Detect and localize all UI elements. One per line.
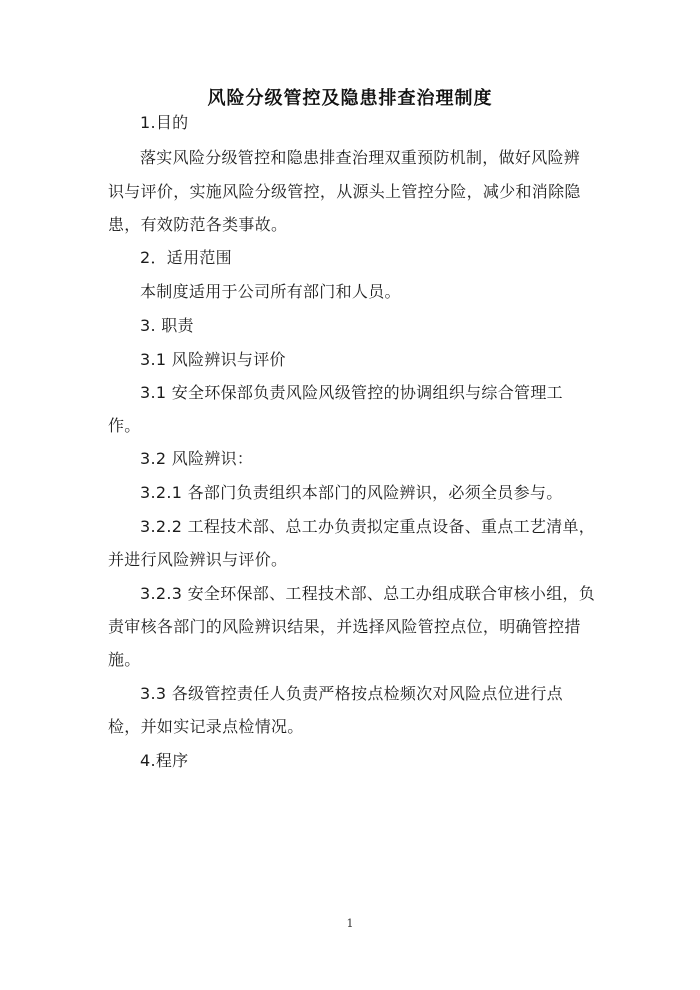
body-text-line: 落实风险分级管控和隐患排查治理双重预防机制，做好风险辨 [140,145,580,168]
document-page: 风险分级管控及隐患排查治理制度 1.目的落实风险分级管控和隐患排查治理双重预防机… [0,0,700,990]
page-number: 1 [0,917,700,930]
body-text-line: 3.2 风险辨识： [140,446,253,469]
document-title: 风险分级管控及隐患排查治理制度 [0,84,700,110]
body-text-line: 识与评价，实施风险分级管控，从源头上管控分险，减少和消除隐 [108,179,581,202]
body-text-line: 3.2.2 工程技术部、总工办负责拟定重点设备、重点工艺清单， [140,514,595,537]
body-text-line: 3.2.3 安全环保部、工程技术部、总工办组成联合审核小组，负 [140,581,595,604]
body-text-line: 责审核各部门的风险辨识结果，并选择风险管控点位，明确管控措 [108,614,581,637]
body-text-line: 患，有效防范各类事故。 [108,212,287,235]
body-text-line: 并进行风险辨识与评价。 [108,547,287,570]
body-text-line: 本制度适用于公司所有部门和人员。 [140,279,401,302]
body-text-line: 施。 [108,647,141,670]
body-text-line: 1.目的 [140,110,188,133]
body-text-line: 作。 [108,413,141,436]
body-text-line: 检，并如实记录点检情况。 [108,714,304,737]
body-text-line: 3. 职责 [140,313,194,336]
body-text-line: 3.2.1 各部门负责组织本部门的风险辨识，必须全员参与。 [140,480,563,503]
body-text-line: 3.3 各级管控责任人负责严格按点检频次对风险点位进行点 [140,681,563,704]
body-text-line: 3.1 风险辨识与评价 [140,347,286,370]
body-text-line: 4.程序 [140,748,188,771]
body-text-line: 2．适用范围 [140,245,232,268]
body-text-line: 3.1 安全环保部负责风险风级管控的协调组织与综合管理工 [140,380,563,403]
